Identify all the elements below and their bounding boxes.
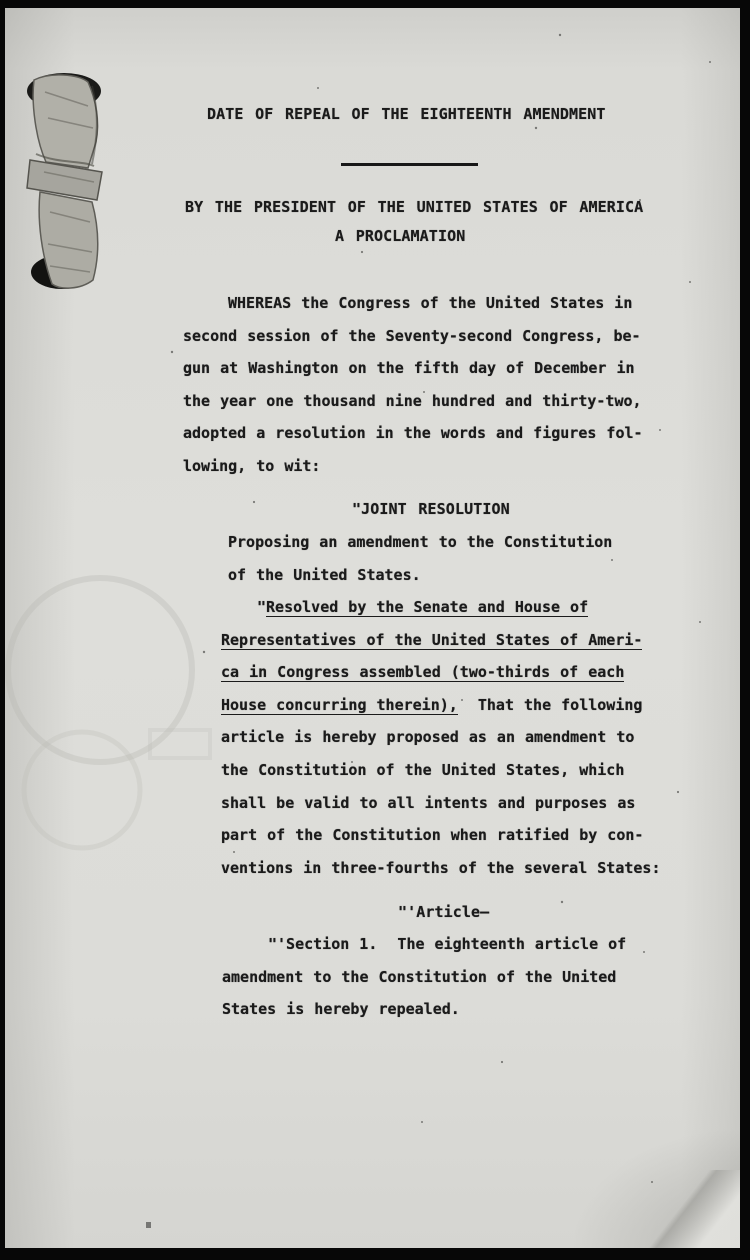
text-line: House concurring therein), That the foll… bbox=[221, 689, 660, 722]
paragraph-whereas: WHEREAS the Congress of the United State… bbox=[183, 287, 643, 483]
text-line: States is hereby repealed. bbox=[222, 993, 626, 1026]
article-heading: "'Article— bbox=[398, 902, 489, 922]
text-line: article is hereby proposed as an amendme… bbox=[221, 721, 660, 754]
paragraph-proposing: Proposing an amendment to the Constituti… bbox=[228, 526, 612, 591]
paragraph-section-1: "'Section 1. The eighteenth article ofam… bbox=[222, 928, 626, 1026]
document-title: DATE OF REPEAL OF THE EIGHTEENTH AMENDME… bbox=[207, 104, 606, 124]
text-line: "'Section 1. The eighteenth article of bbox=[222, 928, 626, 961]
text-line: second session of the Seventy-second Con… bbox=[183, 320, 643, 353]
proclamation-heading: A PROCLAMATION bbox=[335, 226, 465, 246]
page-corner-shadow bbox=[610, 1170, 740, 1248]
joint-resolution-heading: "JOINT RESOLUTION bbox=[352, 499, 510, 519]
text-line: the Constitution of the United States, w… bbox=[221, 754, 660, 787]
text-line: "Resolved by the Senate and House of bbox=[221, 591, 660, 624]
text-line: WHEREAS the Congress of the United State… bbox=[183, 287, 643, 320]
text-line: Representatives of the United States of … bbox=[221, 624, 660, 657]
text-line: gun at Washington on the fifth day of De… bbox=[183, 352, 643, 385]
scanned-document-page: DATE OF REPEAL OF THE EIGHTEENTH AMENDME… bbox=[0, 0, 750, 1260]
authority-line: BY THE PRESIDENT OF THE UNITED STATES OF… bbox=[185, 197, 643, 217]
text-line: amendment to the Constitution of the Uni… bbox=[222, 961, 626, 994]
text-line: Proposing an amendment to the Constituti… bbox=[228, 526, 612, 559]
text-line: lowing, to wit: bbox=[183, 450, 643, 483]
text-line: shall be valid to all intents and purpos… bbox=[221, 787, 660, 820]
paragraph-resolved: "Resolved by the Senate and House ofRepr… bbox=[221, 591, 660, 884]
text-line: adopted a resolution in the words and fi… bbox=[183, 417, 643, 450]
text-line: part of the Constitution when ratified b… bbox=[221, 819, 660, 852]
text-line: the year one thousand nine hundred and t… bbox=[183, 385, 643, 418]
text-line: of the United States. bbox=[228, 559, 612, 592]
text-line: ventions in three-fourths of the several… bbox=[221, 852, 660, 885]
text-line: ca in Congress assembled (two-thirds of … bbox=[221, 656, 660, 689]
title-divider bbox=[341, 163, 478, 166]
